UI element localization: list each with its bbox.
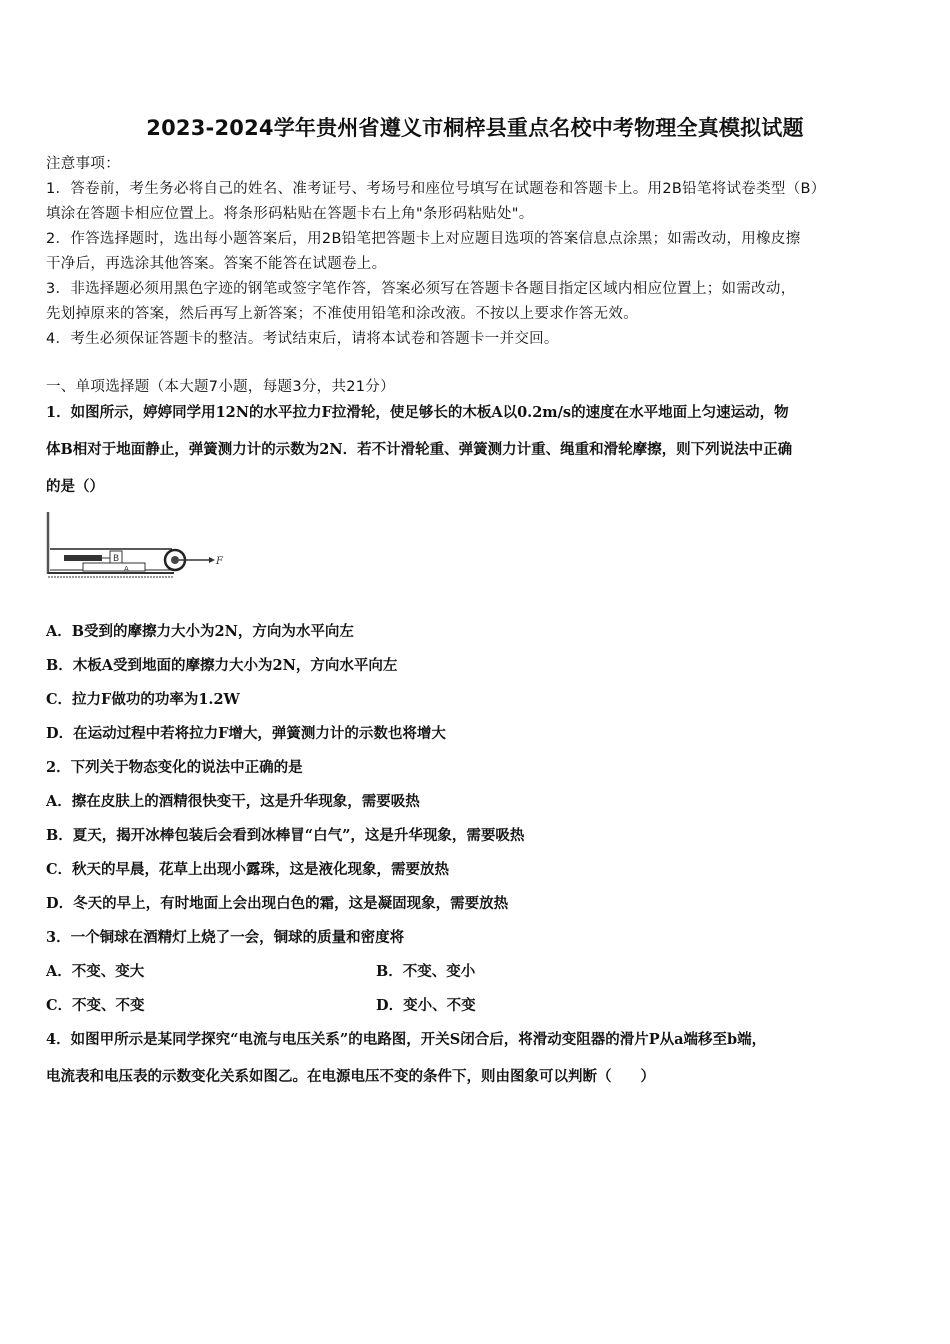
notice-line: 干净后，再选涂其他答案。答案不能答在试题卷上。	[46, 252, 386, 273]
question-4-stem: 4．如图甲所示是某同学探究“电流与电压关系”的电路图，开关S闭合后，将滑动变阻器…	[46, 1028, 766, 1049]
document-title: 2023-2024学年贵州省遵义市桐梓县重点名校中考物理全真模拟试题	[0, 112, 950, 142]
question-1-option-c: C．拉力F做功的功率为1.2W	[46, 688, 240, 709]
question-2-option-b: B．夏天，揭开冰棒包装后会看到冰棒冒“白气”，这是升华现象，需要吸热	[46, 824, 524, 845]
question-2-stem: 2．下列关于物态变化的说法中正确的是	[46, 756, 303, 777]
question-1-option-b: B．木板A受到地面的摩擦力大小为2N，方向水平向左	[46, 654, 397, 675]
question-3-stem: 3．一个铜球在酒精灯上烧了一会，铜球的质量和密度将	[46, 926, 404, 947]
notice-line: 4．考生必须保证答题卡的整洁。考试结束后，请将本试卷和答题卡一并交回。	[46, 327, 559, 348]
label-a: A	[124, 565, 129, 573]
question-3-option-a: A．不变、变大	[46, 960, 144, 981]
pulley-diagram: B A F	[44, 510, 234, 580]
question-3-option-c: C．不变、不变	[46, 994, 145, 1015]
notice-line: 填涂在答题卡相应位置上。将条形码粘贴在答题卡右上角"条形码粘贴处"。	[46, 202, 534, 223]
notice-line: 1．答卷前，考生务必将自己的姓名、准考证号、考场号和座位号填写在试题卷和答题卡上…	[46, 177, 826, 198]
section-heading: 一、单项选择题（本大题7小题，每题3分，共21分）	[46, 375, 395, 396]
notice-heading: 注意事项：	[46, 152, 120, 173]
question-2-option-a: A．擦在皮肤上的酒精很快变干，这是升华现象，需要吸热	[46, 790, 420, 811]
question-2-option-d: D．冬天的早上，有时地面上会出现白色的霜，这是凝固现象，需要放热	[46, 892, 508, 913]
notice-line: 3．非选择题必须用黑色字迹的钢笔或签字笔作答，答案必须写在答题卡各题目指定区域内…	[46, 277, 796, 298]
notice-line: 2．作答选择题时，选出每小题答案后，用2B铅笔把答题卡上对应题目选项的答案信息点…	[46, 227, 801, 248]
question-1-stem: 1．如图所示，婷婷同学用12N的水平拉力F拉滑轮，使足够长的木板A以0.2m/s…	[46, 401, 789, 422]
question-3-option-b: B．不变、变小	[376, 960, 475, 981]
question-1-stem: 的是（）	[46, 475, 104, 496]
question-2-option-c: C．秋天的早晨，花草上出现小露珠，这是液化现象，需要放热	[46, 858, 449, 879]
question-3-option-d: D．变小、不变	[376, 994, 476, 1015]
question-1-option-a: A．B受到的摩擦力大小为2N，方向为水平向左	[46, 620, 354, 641]
question-4-stem: 电流表和电压表的示数变化关系如图乙。在电源电压不变的条件下，则由图象可以判断（ …	[46, 1065, 655, 1086]
label-f: F	[215, 556, 224, 567]
notice-line: 先划掉原来的答案，然后再写上新答案；不准使用铅笔和涂改液。不按以上要求作答无效。	[46, 302, 638, 323]
question-1-stem: 体B相对于地面静止，弹簧测力计的示数为2N．若不计滑轮重、弹簧测力计重、绳重和滑…	[46, 438, 792, 459]
question-1-option-d: D．在运动过程中若将拉力F增大，弹簧测力计的示数也将增大	[46, 722, 446, 743]
